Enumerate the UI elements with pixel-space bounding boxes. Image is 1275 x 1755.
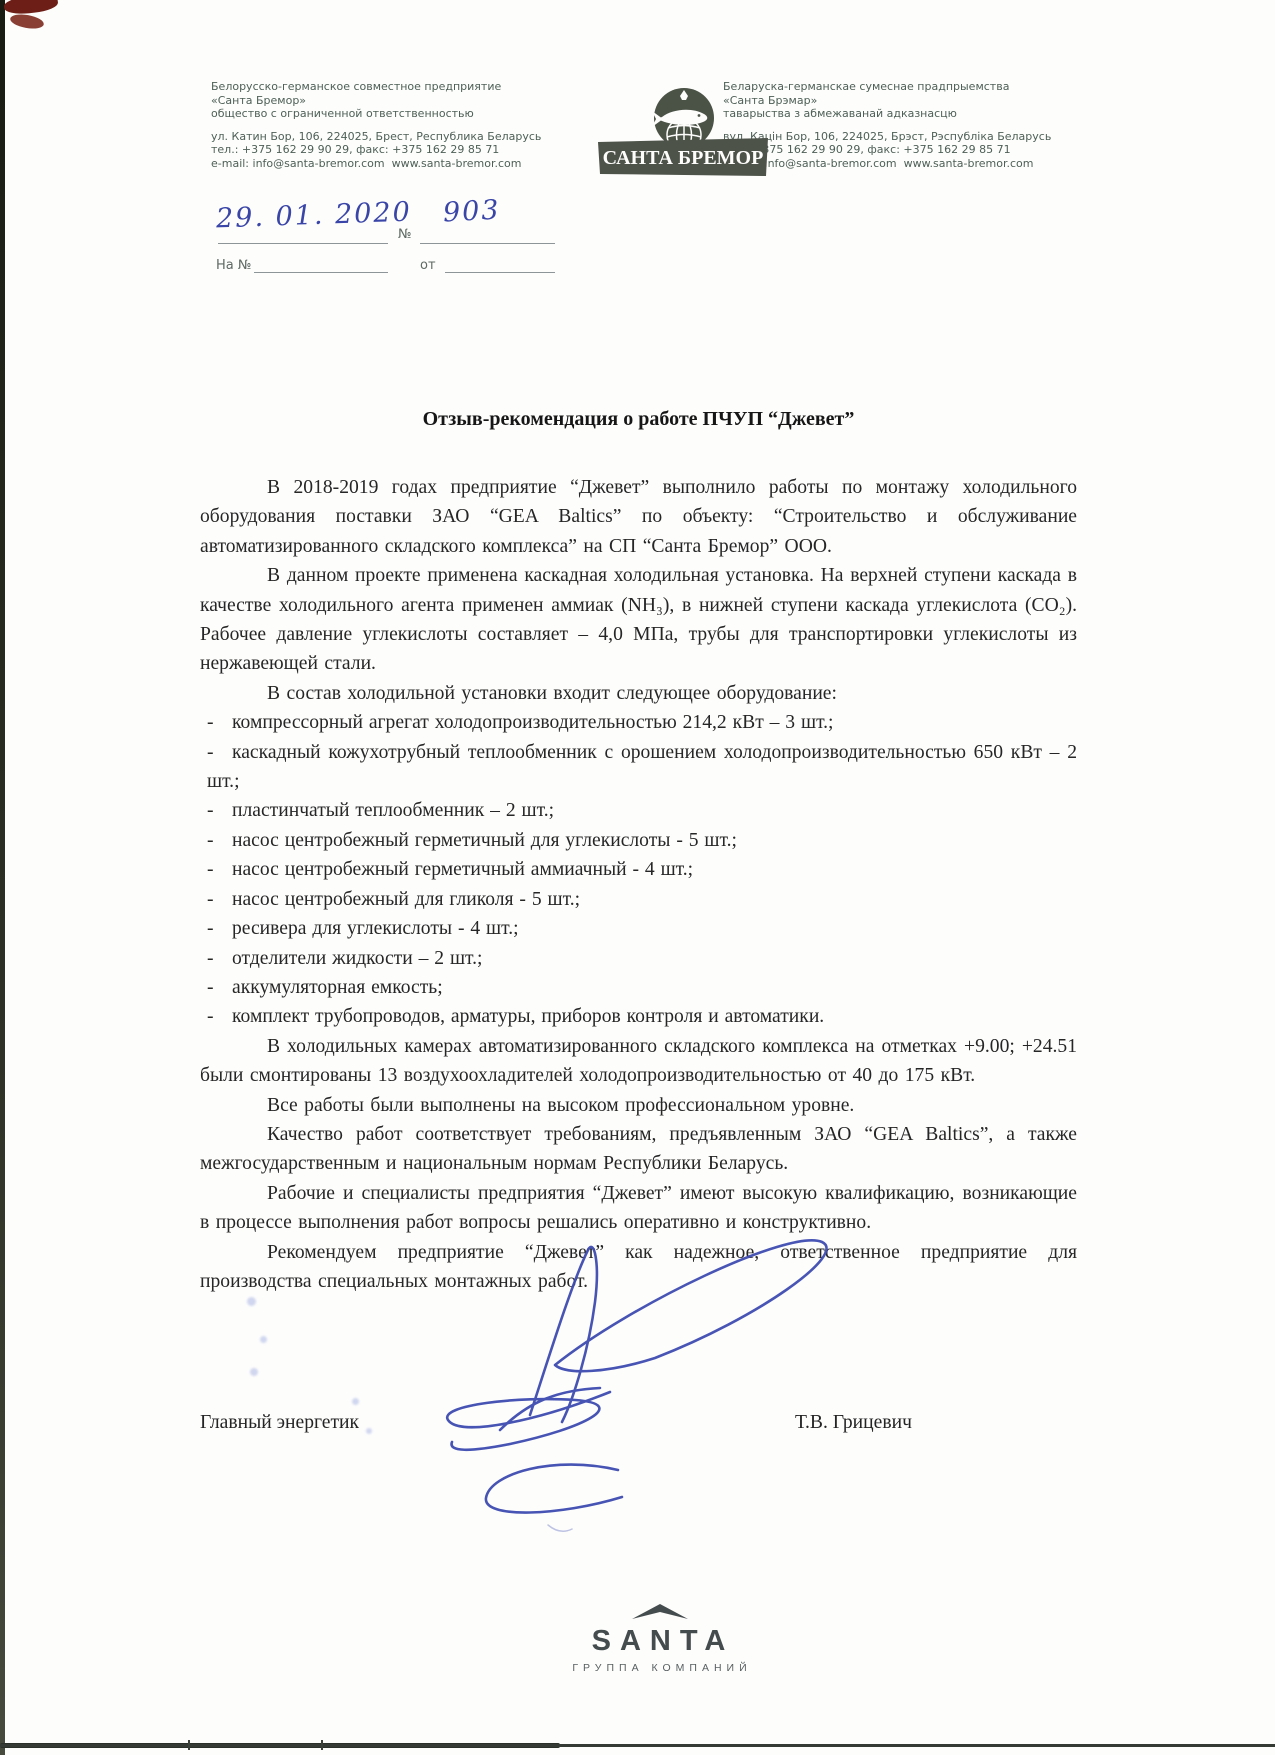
body-paragraph: Качество работ соответствует требованиям… — [200, 1120, 1077, 1179]
scan-tick — [321, 1740, 323, 1750]
equipment-list-item: -ресивера для углекислоты - 4 шт.; — [200, 914, 1077, 943]
reply-number-line[interactable] — [254, 272, 388, 273]
santa-group-logo: SANTA ГРУППА КОМПАНИЙ — [540, 1603, 780, 1674]
logo-banner-text: САНТА БРЕМОР — [603, 147, 764, 169]
body-paragraph: Все работы были выполнены на высоком про… — [200, 1091, 1077, 1120]
company-address-line: e-mail: info@santa-bremor.com www.santa-… — [723, 157, 1051, 171]
company-name-line: «Санта Брэмар» — [723, 94, 1051, 108]
logo-wordmark: SANTA — [546, 1625, 780, 1658]
list-item-text: насос центробежный герметичный аммиачный… — [232, 859, 693, 880]
equipment-list-item: -насос центробежный герметичный для угле… — [200, 826, 1077, 855]
company-name-line: таварыства з абмежаванай адказнасцю — [723, 107, 1051, 121]
equipment-list: -компрессорный агрегат холодопроизводите… — [200, 708, 1077, 1031]
list-dash: - — [207, 973, 232, 1002]
stamp-remnant — [352, 1398, 359, 1405]
equipment-list-item: -аккумуляторная емкость; — [200, 973, 1077, 1002]
scan-corner-mark — [3, 0, 58, 16]
body-paragraph: В холодильных камерах автоматизированног… — [200, 1032, 1077, 1091]
santa-bremor-logo: САНТА БРЕМОР — [596, 80, 772, 180]
document-body: В 2018-2019 годах предприятие “Джевет” в… — [200, 473, 1077, 1296]
list-item-text: каскадный кожухотрубный теплообменник с … — [207, 742, 1077, 792]
equipment-list-item: -каскадный кожухотрубный теплообменник с… — [200, 738, 1077, 797]
list-item-text: насос центробежный герметичный для углек… — [232, 830, 737, 851]
list-dash: - — [207, 826, 232, 855]
company-name-line: общество с ограниченной ответственностью — [211, 107, 541, 121]
signature-ink — [430, 1220, 850, 1540]
list-dash: - — [207, 855, 232, 884]
company-name-line: Беларуска-германскае сумеснае прадпрыемс… — [723, 80, 1051, 94]
date-underline[interactable] — [218, 243, 388, 244]
equipment-list-item: -насос центробежный для гликоля - 5 шт.; — [200, 885, 1077, 914]
scan-edge-strip — [0, 0, 5, 1755]
company-block-belarusian: Беларуска-германскае сумеснае прадпрыемс… — [723, 80, 1051, 170]
list-dash: - — [207, 1002, 232, 1031]
company-address-line: тел.: +375 162 29 90 29, факс: +375 162 … — [211, 143, 541, 157]
equipment-list-item: -насос центробежный герметичный аммиачны… — [200, 855, 1077, 884]
signatory-name: Т.В. Грицевич — [795, 1412, 912, 1434]
list-item-text: насос центробежный для гликоля - 5 шт.; — [232, 889, 580, 910]
logo-caret-icon — [631, 1603, 689, 1620]
stamp-remnant — [366, 1428, 372, 1434]
body-paragraph: В 2018-2019 годах предприятие “Джевет” в… — [200, 473, 1077, 561]
signature-stroke — [447, 1392, 610, 1450]
list-dash: - — [207, 796, 232, 825]
list-dash: - — [207, 738, 232, 767]
stamp-remnant — [250, 1368, 258, 1376]
document-page: Белорусско-германское совместное предпри… — [0, 0, 1275, 1755]
body-paragraph: В данном проекте применена каскадная хол… — [200, 561, 1077, 679]
doc-number-handwritten: 903 — [442, 195, 501, 229]
list-item-text: комплект трубопроводов, арматуры, прибор… — [232, 1006, 824, 1027]
stamp-remnant — [247, 1297, 256, 1306]
company-address-line: вул. Кацін Бор, 106, 224025, Брэст, Рэсп… — [723, 130, 1051, 144]
from-line[interactable] — [445, 272, 555, 273]
list-item-text: пластинчатый теплообменник – 2 шт.; — [232, 800, 554, 821]
list-dash: - — [207, 708, 232, 737]
from-label: от — [420, 258, 436, 273]
reply-number-label: На № — [216, 258, 251, 273]
list-item-text: отделители жидкости – 2 шт.; — [232, 948, 482, 969]
equipment-list-item: -комплект трубопроводов, арматуры, прибо… — [200, 1002, 1077, 1031]
list-item-text: ресивера для углекислоты - 4 шт.; — [232, 918, 519, 939]
company-name-line: Белорусско-германское совместное предпри… — [211, 80, 541, 94]
equipment-list-item: -пластинчатый теплообменник – 2 шт.; — [200, 796, 1077, 825]
document-title: Отзыв-рекомендация о работе ПЧУП “Джевет… — [200, 408, 1077, 431]
doc-number-symbol: № — [398, 227, 412, 242]
logo-subtitle: ГРУППА КОМПАНИЙ — [544, 1662, 780, 1674]
signature-stroke — [548, 1525, 572, 1531]
stamp-remnant — [260, 1336, 267, 1343]
list-dash: - — [207, 885, 232, 914]
equipment-list-item: -компрессорный агрегат холодопроизводите… — [200, 708, 1077, 737]
scan-bottom-line — [0, 1744, 1275, 1747]
scan-corner-mark — [9, 12, 45, 31]
list-item-text: компрессорный агрегат холодопроизводител… — [232, 712, 834, 733]
signatory-position: Главный энергетик — [200, 1412, 359, 1434]
signature-stroke — [486, 1465, 622, 1513]
company-block-russian: Белорусско-германское совместное предпри… — [211, 80, 541, 170]
list-dash: - — [207, 944, 232, 973]
equipment-list-item: -отделители жидкости – 2 шт.; — [200, 944, 1077, 973]
number-underline[interactable] — [420, 243, 555, 244]
company-address-line: тэл.: +375 162 29 90 29, факс: +375 162 … — [723, 143, 1051, 157]
signature-stroke — [500, 1388, 600, 1430]
list-item-text: аккумуляторная емкость; — [232, 977, 443, 998]
company-name-line: «Санта Бремор» — [211, 94, 541, 108]
scan-tick — [188, 1740, 190, 1750]
date-handwritten: 29. 01. 2020 — [216, 197, 413, 235]
company-address-line: ул. Катин Бор, 106, 224025, Брест, Респу… — [211, 130, 541, 144]
signature-stroke — [530, 1247, 597, 1422]
body-paragraph: В состав холодильной установки входит сл… — [200, 679, 1077, 708]
list-dash: - — [207, 914, 232, 943]
company-address-line: e-mail: info@santa-bremor.com www.santa-… — [211, 157, 541, 171]
